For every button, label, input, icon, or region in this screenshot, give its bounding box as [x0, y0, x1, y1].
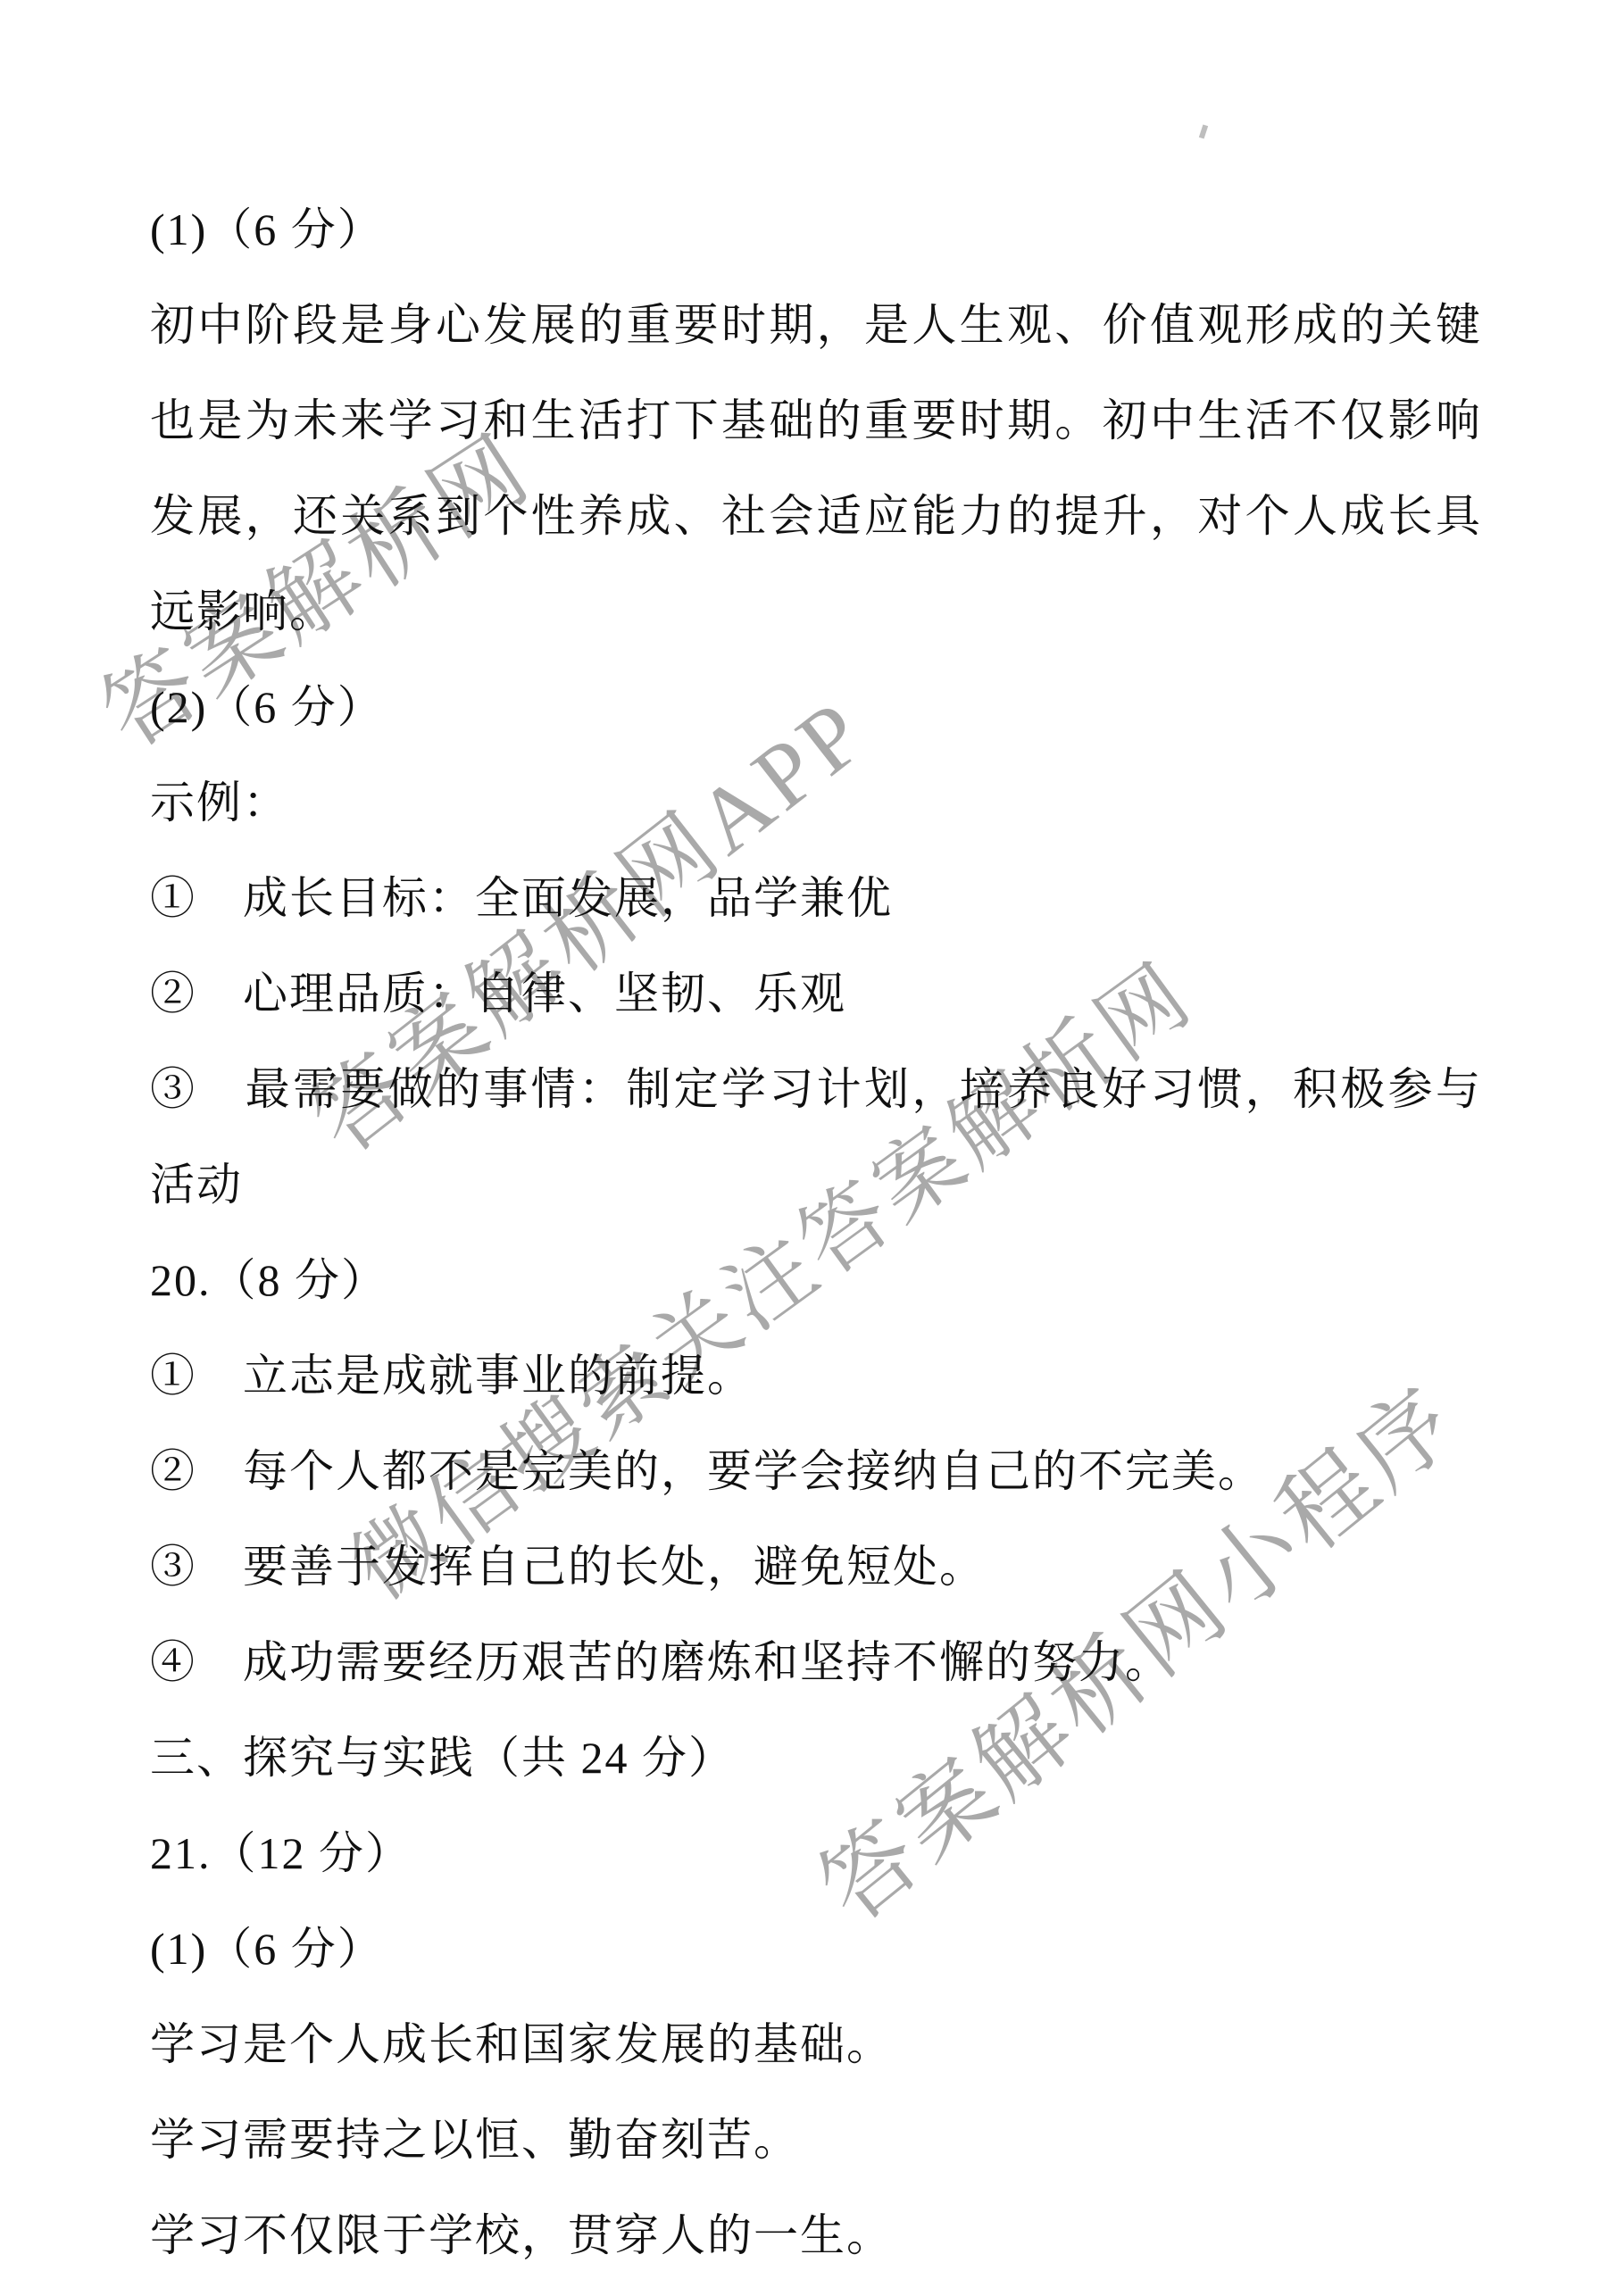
- text-line-item-4: ④ 成功需要经历艰苦的磨炼和坚持不懈的努力。: [150, 1615, 1482, 1710]
- answer-document-page: 答案解析网 答案解析网APP 微信搜索关注答案解析网 答案解析网小程序 (1)（…: [0, 0, 1624, 2296]
- answer-text-block: (1)（6 分） 初中阶段是身心发展的重要时期，是人生观、价值观形成的关键阶段，…: [150, 182, 1482, 2284]
- text-line-part1-heading: (1)（6 分）: [150, 182, 1482, 278]
- text-line-part1-heading: (1)（6 分）: [150, 1901, 1482, 1997]
- text-line-q21-heading: 21.（12 分）: [150, 1806, 1482, 1901]
- text-line-item-1: ① 成长目标：全面发展，品学兼优: [150, 851, 1482, 946]
- text-line: 学习是个人成长和国家发展的基础。: [150, 1997, 1482, 2092]
- text-line: 也是为未来学习和生活打下基础的重要时期。初中生活不仅影响学业: [150, 373, 1482, 469]
- text-line: 学习不仅限于学校，贯穿人的一生。: [150, 2188, 1482, 2284]
- text-line-example-label: 示例：: [150, 755, 1482, 851]
- text-line-item-2: ② 每个人都不是完美的，要学会接纳自己的不完美。: [150, 1424, 1482, 1519]
- stray-scan-mark: [1199, 124, 1208, 138]
- text-line: 活动: [150, 1137, 1482, 1233]
- text-line-item-3: ③ 要善于发挥自己的长处，避免短处。: [150, 1519, 1482, 1615]
- text-line: 初中阶段是身心发展的重要时期，是人生观、价值观形成的关键阶段，: [150, 278, 1482, 373]
- text-line: 发展，还关系到个性养成、社会适应能力的提升，对个人成长具有深: [150, 469, 1482, 564]
- text-line-q20-heading: 20.（8 分）: [150, 1233, 1482, 1328]
- text-line: 学习需要持之以恒、勤奋刻苦。: [150, 2092, 1482, 2188]
- text-line-section3-title: 三、探究与实践（共 24 分）: [150, 1710, 1482, 1806]
- text-line-item-1: ① 立志是成就事业的前提。: [150, 1328, 1482, 1424]
- text-line-item-2: ② 心理品质：自律、坚韧、乐观: [150, 946, 1482, 1042]
- text-line: 远影响。: [150, 564, 1482, 660]
- text-line-part2-heading: (2)（6 分）: [150, 660, 1482, 755]
- text-line-item-3: ③ 最需要做的事情：制定学习计划，培养良好习惯，积极参与校园: [150, 1042, 1482, 1137]
